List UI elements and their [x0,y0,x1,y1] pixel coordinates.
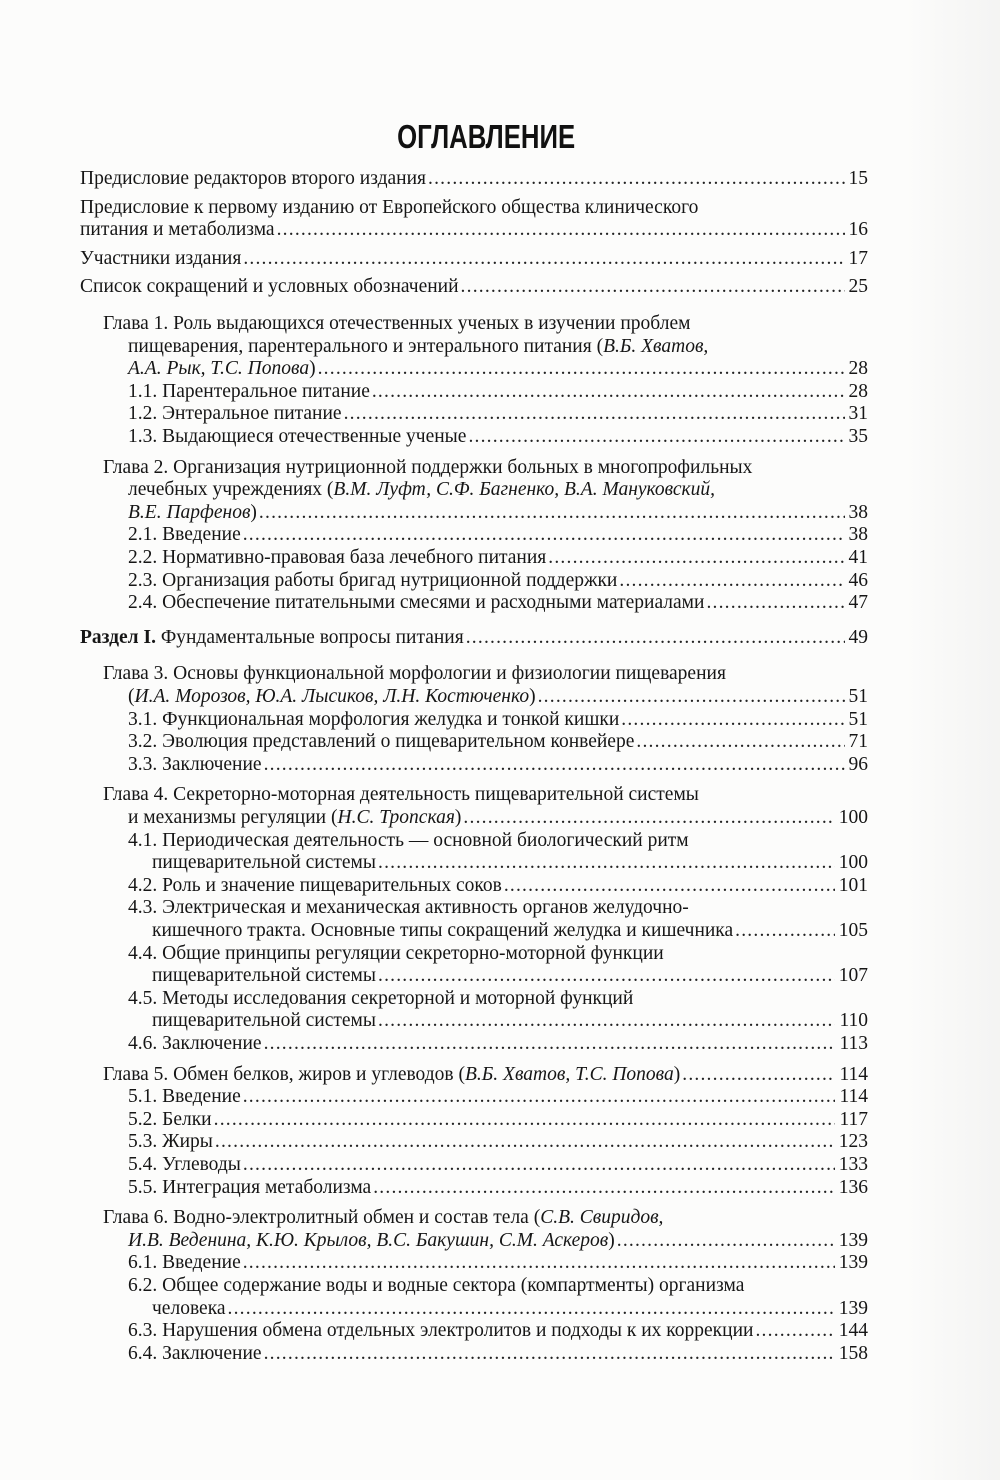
toc-entry-title: 4.6. Заключение [128,1033,262,1055]
toc-entry-title: 4.2. Роль и значение пищеварительных сок… [128,875,502,897]
toc-page-number: 96 [849,754,869,776]
toc-entry-title: Предисловие к первому изданию от Европей… [80,197,698,219]
toc-page-number: 139 [839,1298,868,1320]
dot-leader: ........................................… [735,920,835,942]
toc-entry-title: 6.3. Нарушения обмена отдельных электрол… [128,1320,753,1342]
toc-entry-title: 4.3. Электрическая и механическая активн… [128,897,689,919]
dot-leader: ........................................… [466,627,845,649]
toc-entry-title: Глава 4. Секреторно-моторная деятельност… [103,784,699,806]
dot-leader: ........................................… [243,1086,836,1108]
dot-leader: ........................................… [461,276,845,298]
toc-entry-title: Раздел I. Фундаментальные вопросы питани… [80,627,464,649]
dot-leader: ........................................… [243,1154,835,1176]
toc-page-number: 136 [839,1177,868,1199]
toc-page-number: 51 [849,709,869,731]
dot-leader: ........................................… [617,1230,835,1252]
toc-page-number: 46 [849,570,869,592]
toc-entry-title: 5.3. Жиры [128,1131,213,1153]
toc-entry-title-continued: А.А. Рык, Т.С. Попова) [128,358,316,380]
toc-entry-title: 4.1. Периодическая деятельность — основн… [128,830,689,852]
toc-entry-title: 3.1. Функциональная морфология желудка и… [128,709,619,731]
toc-entry-title: 6.1. Введение [128,1252,241,1274]
dot-leader: ........................................… [344,403,845,425]
dot-leader: ........................................… [215,1131,835,1153]
toc-entry-title-continued: и механизмы регуляции (Н.С. Тропская) [128,807,461,829]
toc-page-number: 49 [849,627,869,649]
toc-entry-title: Предисловие редакторов второго издания [80,168,426,190]
dot-leader: ........................................… [621,709,844,731]
toc-entry-title-continued: лечебных учреждениях (В.М. Луфт, С.Ф. Ба… [128,479,715,501]
dot-leader: ........................................… [243,248,844,270]
toc-page-number: 51 [849,686,869,708]
toc-entry-title: 6.4. Заключение [128,1343,262,1365]
toc-page-number: 15 [849,168,869,190]
toc-entry-title: 5.5. Интеграция метаболизма [128,1177,371,1199]
toc-page-number: 35 [849,426,869,448]
dot-leader: ........................................… [243,1252,835,1274]
dot-leader: ........................................… [504,875,835,897]
toc-page-number: 110 [839,1010,868,1032]
dot-leader: ........................................… [682,1064,835,1086]
dot-leader: ........................................… [214,1109,836,1131]
toc-entry-title: Глава 3. Основы функциональной морфологи… [103,663,726,685]
dot-leader: ........................................… [428,168,844,190]
dot-leader: ........................................… [372,381,845,403]
dot-leader: ........................................… [264,1033,836,1055]
toc-entry-title: 2.2. Нормативно-правовая база лечебного … [128,547,546,569]
toc-entry-title: 2.4. Обеспечение питательными смесями и … [128,592,704,614]
toc-page-number: 31 [849,403,869,425]
dot-leader: ........................................… [373,1177,835,1199]
toc-page-number: 107 [839,965,868,987]
toc-page-number: 17 [849,248,869,270]
toc-entry-title: 3.2. Эволюция представлений о пищеварите… [128,731,634,753]
toc-entry-title: 5.1. Введение [128,1086,241,1108]
toc-page-number: 114 [839,1086,868,1108]
toc-entry-title: Глава 1. Роль выдающихся отечественных у… [103,313,690,335]
toc-page-number: 38 [849,502,869,524]
toc-entry-title: 1.2. Энтеральное питание [128,403,342,425]
toc-page-number: 38 [849,524,869,546]
dot-leader: ........................................… [755,1320,834,1342]
toc-entry-title: 2.3. Организация работы бригад нутрицион… [128,570,617,592]
toc-entry-title: 1.1. Парентеральное питание [128,381,370,403]
toc-page-number: 123 [839,1131,868,1153]
dot-leader: ........................................… [228,1298,835,1320]
dot-leader: ........................................… [636,731,844,753]
toc-entry-title: 2.1. Введение [128,524,241,546]
toc-entry-title-continued: питания и метаболизма [80,219,275,241]
dot-leader: ........................................… [463,807,834,829]
toc-page-number: 158 [839,1343,868,1365]
dot-leader: ........................................… [538,686,845,708]
toc-entry-title: 3.3. Заключение [128,754,262,776]
toc-page-number: 28 [849,358,869,380]
dot-leader: ........................................… [706,592,844,614]
page-title: ОГЛАВЛЕНИЕ [105,118,868,156]
dot-leader: ........................................… [378,965,835,987]
toc-page-number: 41 [849,547,869,569]
toc-entry-title: 5.2. Белки [128,1109,212,1131]
dot-leader: ........................................… [548,547,844,569]
toc-page-number: 139 [839,1230,868,1252]
toc-entry-title: Глава 2. Организация нутриционной поддер… [103,457,752,479]
toc-entry-title: 1.3. Выдающиеся отечественные ученые [128,426,466,448]
dot-leader: ........................................… [378,852,835,874]
toc-page-number: 139 [839,1252,868,1274]
toc-page-number: 105 [839,920,868,942]
toc-entry-title: Участники издания [80,248,241,270]
toc-entry-title-continued: пищеварительной системы [152,852,376,874]
toc-entry-title: 6.2. Общее содержание воды и водные сект… [128,1275,744,1297]
toc-page-number: 114 [839,1064,868,1086]
dot-leader: ........................................… [243,524,845,546]
dot-leader: ........................................… [619,570,844,592]
toc-entry-title-continued: пищеварительной системы [152,1010,376,1032]
toc-page-number: 144 [839,1320,868,1342]
toc-page-number: 71 [849,731,869,753]
toc-entry-title-continued: кишечного тракта. Основные типы сокращен… [152,920,733,942]
toc-entry-title: Глава 6. Водно-электролитный обмен и сос… [103,1207,663,1229]
toc-page-number: 16 [849,219,869,241]
toc-entry-title-continued: пищеварения, парентерального и энтеральн… [128,336,708,358]
dot-leader: ........................................… [318,358,845,380]
toc-page-number: 28 [849,381,869,403]
dot-leader: ........................................… [468,426,844,448]
toc-entry-title-continued: человека [152,1298,226,1320]
dot-leader: ........................................… [277,219,845,241]
dot-leader: ........................................… [264,1343,835,1365]
toc-page-number: 117 [839,1109,868,1131]
toc-page-number: 47 [849,592,869,614]
toc-entry-title-continued: пищеварительной системы [152,965,376,987]
toc-entry-title-continued: В.Е. Парфенов) [128,502,257,524]
toc-page-number: 25 [849,276,869,298]
toc-entry-title: 5.4. Углеводы [128,1154,241,1176]
toc-entry-title-continued: (И.А. Морозов, Ю.А. Лысиков, Л.Н. Костюч… [128,686,536,708]
toc-page-number: 133 [839,1154,868,1176]
toc-page-number: 100 [839,807,868,829]
toc-page-number: 100 [839,852,868,874]
toc-page-number: 113 [839,1033,868,1055]
toc-entry-title: Глава 5. Обмен белков, жиров и углеводов… [103,1064,680,1086]
toc-entry-title: 4.4. Общие принципы регуляции секреторно… [128,943,664,965]
dot-leader: ........................................… [264,754,845,776]
dot-leader: ........................................… [378,1010,835,1032]
toc-entry-title: Список сокращений и условных обозначений [80,276,459,298]
toc-page-number: 101 [839,875,868,897]
dot-leader: ........................................… [259,502,845,524]
toc-entry-title-continued: И.В. Веденина, К.Ю. Крылов, В.С. Бакушин… [128,1230,615,1252]
toc-entry-title: 4.5. Методы исследования секреторной и м… [128,988,633,1010]
